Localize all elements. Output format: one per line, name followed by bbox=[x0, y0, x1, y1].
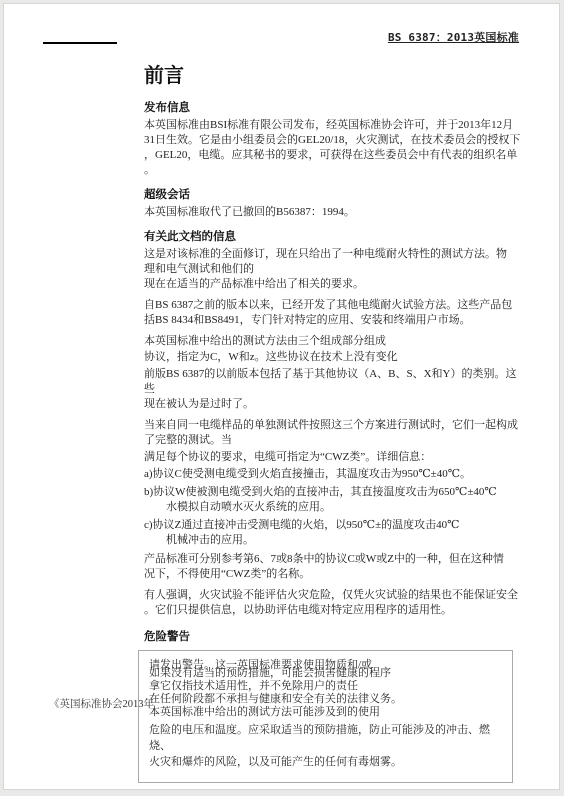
protocol-item-b: b)协议W使被测电缆受到火焰的直接冲击，其直接温度攻击为650℃±40℃ 水模拟… bbox=[144, 485, 526, 515]
footer-copyright: 《英国标准协会2013年 bbox=[49, 696, 154, 711]
protocol-item-c: c)协议Z通过直接冲击受测电缆的火焰，以950℃±的温度攻击40℃ 机械冲击的应… bbox=[144, 518, 526, 548]
section-heading-about: 有关此文档的信息 bbox=[144, 230, 526, 244]
document-content: 前言 发布信息 本英国标准由BSI标准有限公司发布，经英国标准协会许可，并于20… bbox=[144, 64, 526, 783]
page-title: 前言 bbox=[144, 64, 526, 88]
section-heading-hazard: 危险警告 bbox=[144, 630, 526, 644]
hazard-line-5: 本英国标准中给出的测试方法可能涉及到的使用 bbox=[149, 706, 502, 719]
hazard-line-6: 危险的电压和温度。应采取适当的预防措施，防止可能涉及的冲击、燃烧、 火灾和爆炸的… bbox=[149, 722, 502, 770]
about-paragraph-9: 有人强调，火灾试验不能评估火灾危险，仅凭火灾试验的结果也不能保证安全 。它们只提… bbox=[144, 588, 526, 618]
document-page: BS 6387：2013英国标准 前言 发布信息 本英国标准由BSI标准有限公司… bbox=[3, 3, 560, 790]
section-heading-supersession: 超级会话 bbox=[144, 188, 526, 202]
section-heading-publication: 发布信息 bbox=[144, 101, 526, 115]
about-paragraph-2: 自BS 6387之前的版本以来，已经开发了其他电缆耐火试验方法。这些产品包 括B… bbox=[144, 298, 526, 328]
supersession-paragraph: 本英国标准取代了已撤回的B56387：1994。 bbox=[144, 205, 526, 220]
hazard-line-4: 在任何阶段都不承担与健康和安全有关的法律义务。 bbox=[149, 693, 502, 706]
about-paragraph-6: 当来自同一电缆样品的单独测试件按照这三个方案进行测试时，它们一起构成 了完整的测… bbox=[144, 418, 526, 448]
hazard-line-3: 拿它仅指技术适用性，并不免除用户的责任 bbox=[149, 680, 502, 693]
about-paragraph-4: 协议，指定为C，W和z。这些协议在技术上没有变化 bbox=[144, 350, 526, 365]
about-paragraph-8: 产品标准可分别参考第6、7或8条中的协议C或W或Z中的一种，但在这种情 况下，不… bbox=[144, 552, 526, 582]
protocol-item-a: a)协议C使受测电缆受到火焰直接撞击，其温度攻击为950℃±40℃。 bbox=[144, 467, 526, 482]
about-paragraph-5: 前版BS 6387的以前版本包括了基于其他协议（A、B、S、X和Y）的类别。这些… bbox=[144, 367, 526, 412]
about-paragraph-1: 这是对该标准的全面修订，现在只给出了一种电缆耐火特性的测试方法。物 理和电气测试… bbox=[144, 247, 526, 292]
about-paragraph-7: 满足每个协议的要求，电缆可指定为“CWZ类”。详细信息： bbox=[144, 450, 526, 465]
hazard-line-2: 如果没有适当的预防措施，可能会损害健康的程序 bbox=[149, 667, 502, 680]
publication-paragraph: 本英国标准由BSI标准有限公司发布，经英国标准协会许可，并于2013年12月 3… bbox=[144, 118, 526, 178]
hazard-warning-box: 请发出警告。这一英国标准要求使用物质和/或 如果没有适当的预防措施，可能会损害健… bbox=[138, 650, 513, 783]
about-paragraph-3: 本英国标准中给出的测试方法由三个组成部分组成 bbox=[144, 334, 526, 349]
header-standard-ref: BS 6387：2013英国标准 bbox=[388, 29, 519, 45]
header-rule bbox=[43, 42, 117, 44]
